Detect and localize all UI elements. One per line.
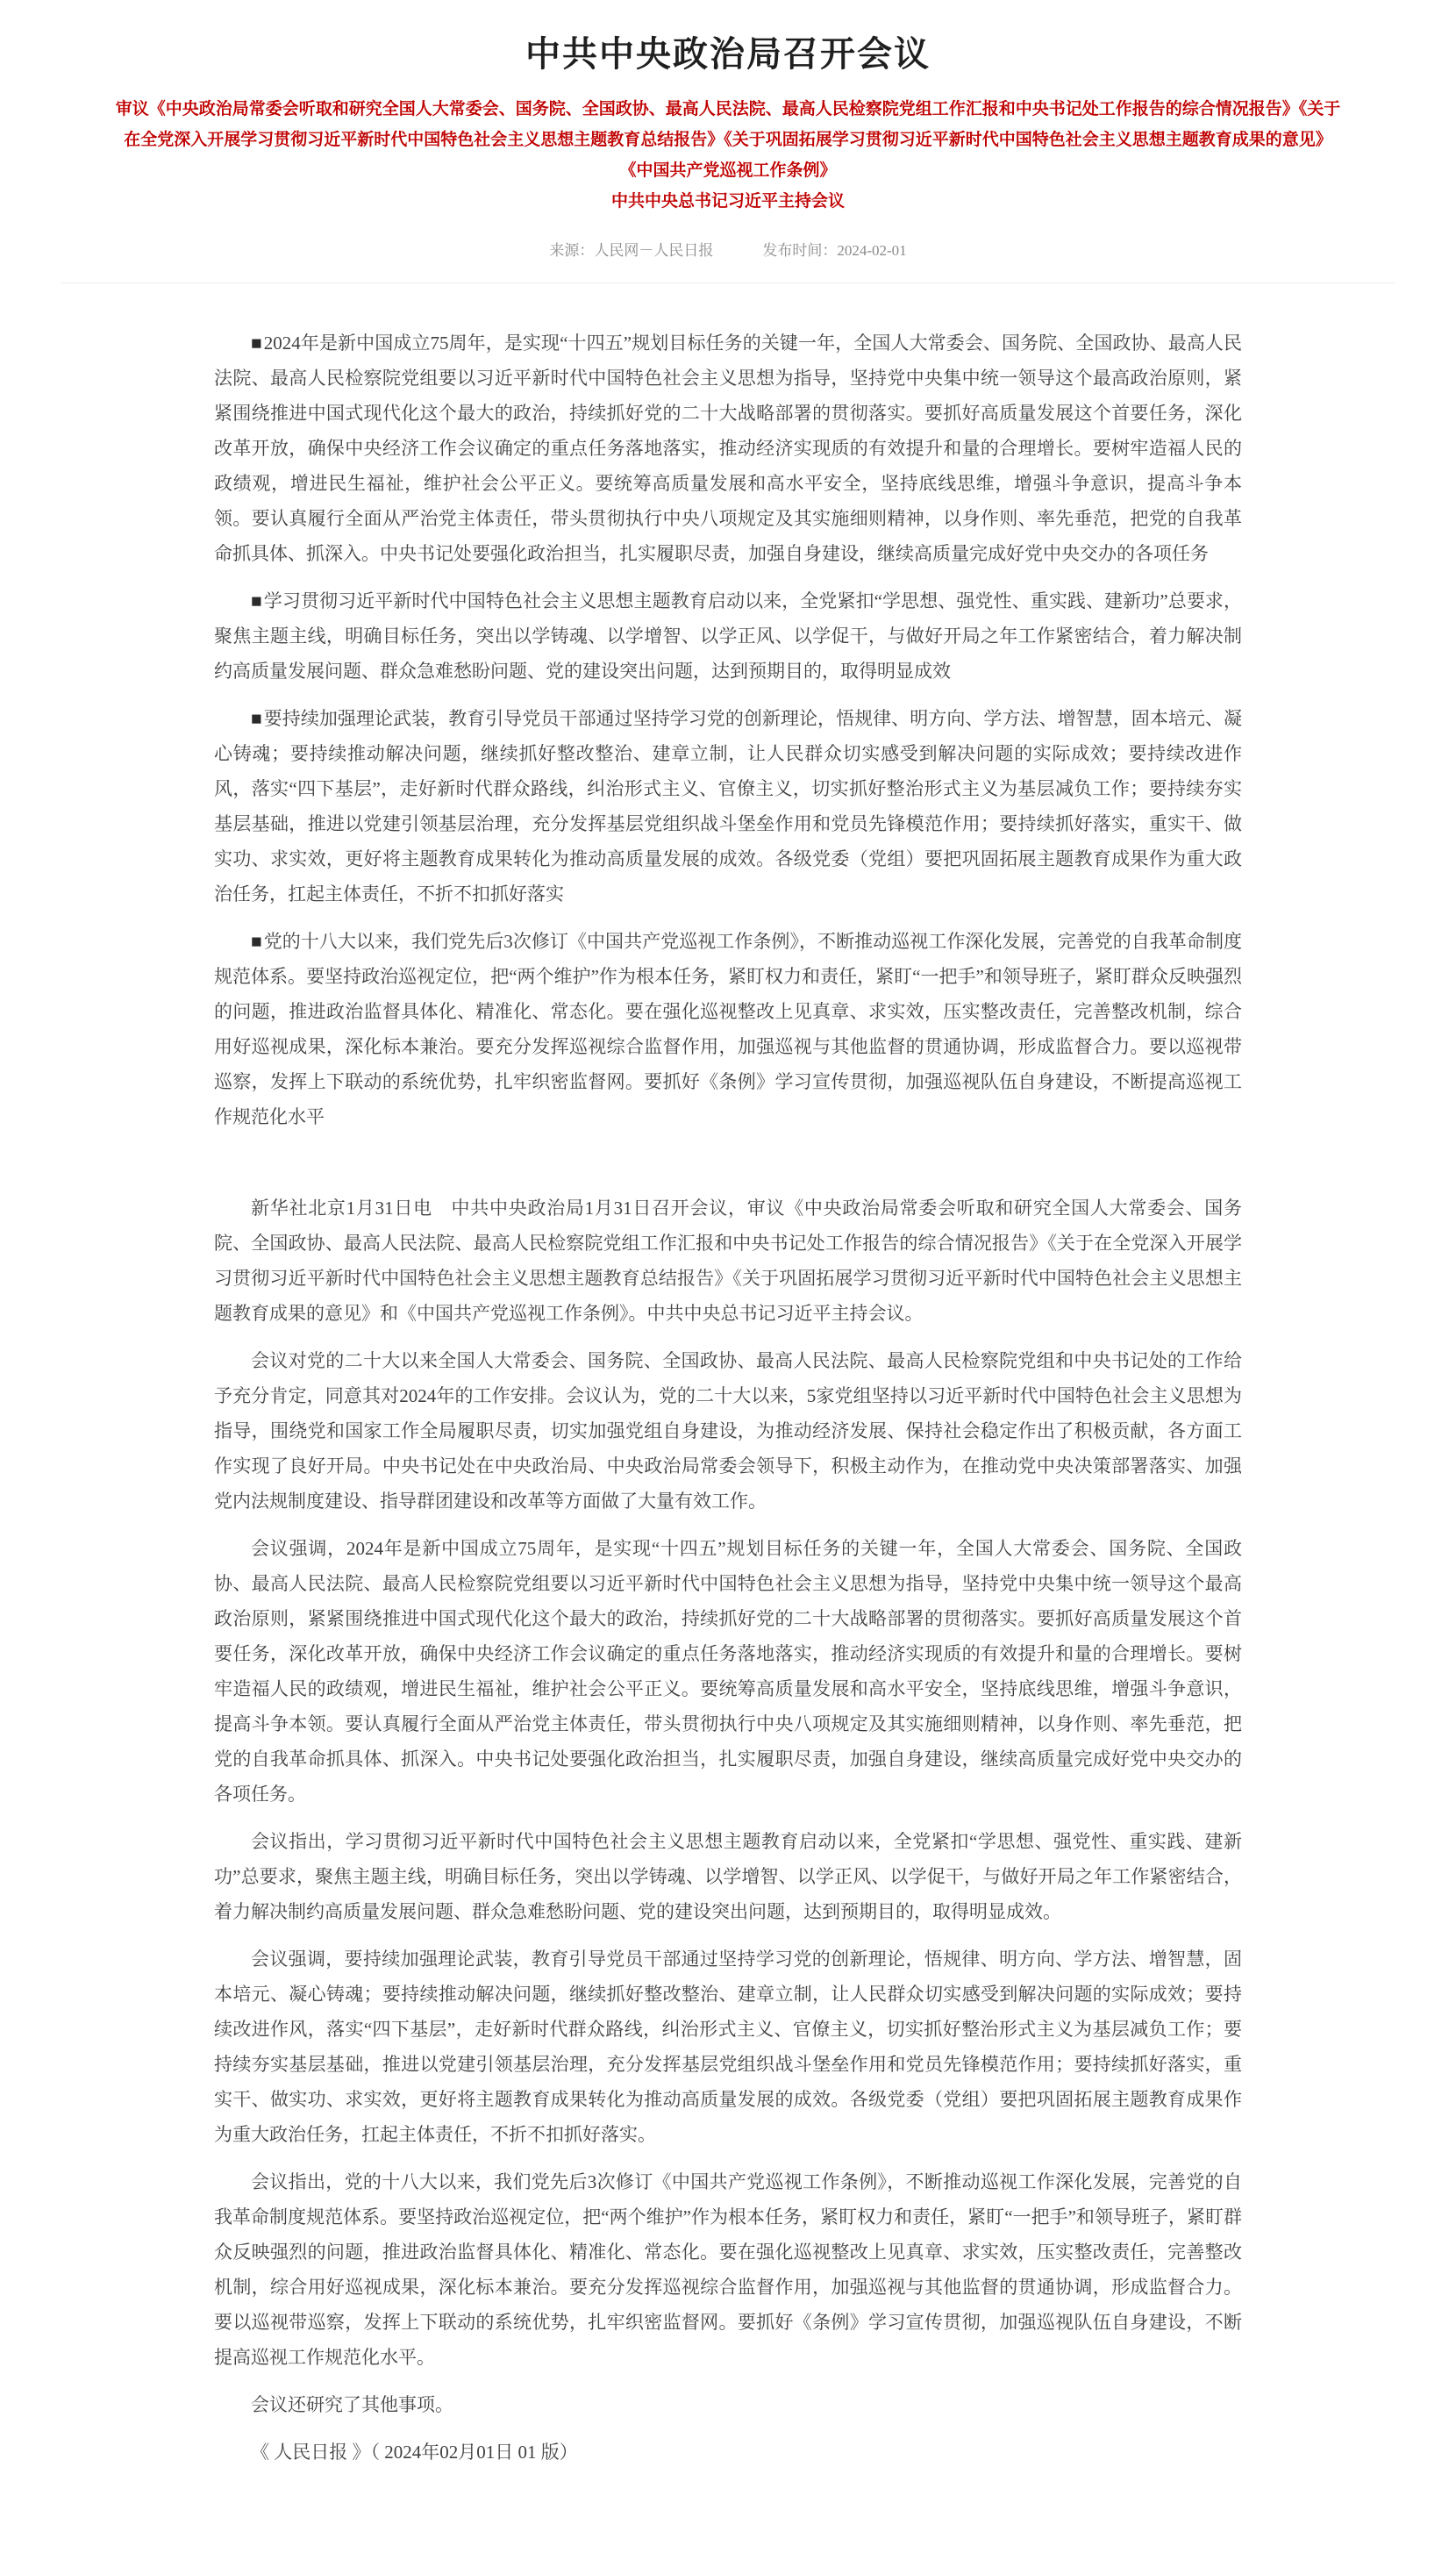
subtitle-line-2: 中共中央总书记习近平主持会议 [114, 186, 1342, 217]
article-body: ■2024年是新中国成立75周年，是实现“十四五”规划目标任务的关键一年，全国人… [214, 325, 1242, 2470]
article-paragraph: 会议还研究了其他事项。 [214, 2387, 1242, 2422]
square-bullet-icon: ■ [251, 333, 262, 354]
highlights-section: ■2024年是新中国成立75周年，是实现“十四五”规划目标任务的关键一年，全国人… [214, 325, 1242, 1134]
highlight-paragraph: ■党的十八大以来，我们党先后3次修订《中国共产党巡视工作条例》，不断推动巡视工作… [214, 924, 1242, 1134]
highlight-paragraph: ■要持续加强理论武装，教育引导党员干部通过坚持学习党的创新理论，悟规律、明方向、… [214, 701, 1242, 912]
article-paragraph: 会议强调，2024年是新中国成立75周年，是实现“十四五”规划目标任务的关键一年… [214, 1531, 1242, 1812]
square-bullet-icon: ■ [251, 708, 262, 729]
highlight-text: 党的十八大以来，我们党先后3次修订《中国共产党巡视工作条例》，不断推动巡视工作深… [214, 931, 1242, 1127]
source-label: 来源： [549, 242, 594, 259]
article-paragraph: 会议对党的二十大以来全国人大常委会、国务院、全国政协、最高人民法院、最高人民检察… [214, 1343, 1242, 1519]
highlight-text: 要持续加强理论武装，教育引导党员干部通过坚持学习党的创新理论，悟规律、明方向、学… [214, 708, 1242, 905]
article-page: 中共中央政治局召开会议 审议《中央政治局常委会听取和研究全国人大常委会、国务院、… [0, 0, 1456, 2560]
main-article-section: 新华社北京1月31日电 中共中央政治局1月31日召开会议，审议《中央政治局常委会… [214, 1191, 1242, 2470]
article-subtitle: 审议《中央政治局常委会听取和研究全国人大常委会、国务院、全国政协、最高人民法院、… [114, 94, 1342, 217]
publish-date: 2024-02-01 [837, 242, 906, 259]
page-title: 中共中央政治局召开会议 [0, 26, 1456, 76]
article-paragraph: 会议指出，学习贯彻习近平新时代中国特色社会主义思想主题教育启动以来，全党紧扣“学… [214, 1824, 1242, 1929]
subtitle-line-1: 审议《中央政治局常委会听取和研究全国人大常委会、国务院、全国政协、最高人民法院、… [114, 94, 1342, 186]
highlight-text: 学习贯彻习近平新时代中国特色社会主义思想主题教育启动以来，全党紧扣“学思想、强党… [214, 590, 1242, 682]
square-bullet-icon: ■ [251, 590, 262, 611]
highlight-paragraph: ■学习贯彻习近平新时代中国特色社会主义思想主题教育启动以来，全党紧扣“学思想、强… [214, 583, 1242, 689]
publish-time-label: 发布时间： [762, 242, 837, 259]
header-divider [61, 282, 1395, 283]
highlight-text: 2024年是新中国成立75周年，是实现“十四五”规划目标任务的关键一年，全国人大… [214, 333, 1242, 564]
article-paragraph: 新华社北京1月31日电 中共中央政治局1月31日召开会议，审议《中央政治局常委会… [214, 1191, 1242, 1331]
article-paragraph: 会议指出，党的十八大以来，我们党先后3次修订《中国共产党巡视工作条例》，不断推动… [214, 2164, 1242, 2375]
highlight-paragraph: ■2024年是新中国成立75周年，是实现“十四五”规划目标任务的关键一年，全国人… [214, 325, 1242, 571]
article-paragraph: 会议强调，要持续加强理论武装，教育引导党员干部通过坚持学习党的创新理论，悟规律、… [214, 1941, 1242, 2152]
newspaper-citation: 《 人民日报 》（ 2024年02月01日 01 版） [214, 2435, 1242, 2470]
article-meta: 来源：人民网－人民日报发布时间：2024-02-01 [0, 238, 1456, 260]
square-bullet-icon: ■ [251, 931, 262, 952]
source-value: 人民网－人民日报 [594, 242, 713, 259]
